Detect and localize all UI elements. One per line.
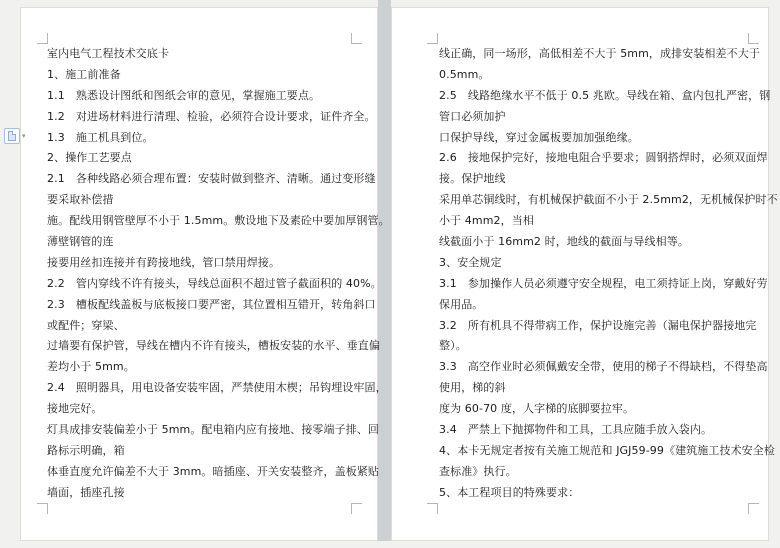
document-page-1: 室内电气工程技术交底卡1、施工前准备1.1 熟悉设计图纸和图纸会审的意见，掌握施… [20, 7, 378, 541]
text-line: 1、施工前准备 [47, 65, 357, 86]
text-line: 整）。 [439, 336, 749, 357]
crop-mark-page2-top-left [427, 33, 438, 44]
text-line: 查标准》执行。 [439, 462, 749, 483]
text-line: 墙面，插座孔接 [47, 483, 357, 504]
text-line: 保用品。 [439, 295, 749, 316]
text-line: 小于 4mm2，当相 [439, 211, 749, 232]
text-line: 施。配线用钢管壁厚不小于 1.5mm。敷设地下及素砼中要加厚钢管。 [47, 211, 357, 232]
text-line: 薄壁钢管的连 [47, 232, 357, 253]
text-line: 2.5 线路绝缘水平不低于 0.5 兆欧。导线在箱、盒内包扎严密，钢 [439, 86, 749, 107]
text-line: 接地完好。 [47, 399, 357, 420]
page-gap [378, 0, 391, 541]
text-line: 线截面小于 16mm2 时，地线的截面与导线相等。 [439, 232, 749, 253]
text-line: 差均小于 5mm。 [47, 357, 357, 378]
text-line: 0.5mm。 [439, 65, 749, 86]
text-line: 2.4 照明器具，用电设备安装牢固，严禁使用木楔；吊钩埋设牢固， [47, 378, 357, 399]
text-line: 接要用丝扣连接并有跨接地线，管口禁用焊接。 [47, 253, 357, 274]
text-line: 口保护导线，穿过金属板要加加强绝缘。 [439, 128, 749, 149]
crop-mark-page1-top-left [37, 33, 48, 44]
text-line: 接。保护地线 [439, 169, 749, 190]
text-line: 使用，梯的斜 [439, 378, 749, 399]
text-line: 灯具成排安装偏差小于 5mm。配电箱内应有接地、接零端子排、回 [47, 420, 357, 441]
text-line: 要采取补偿措 [47, 190, 357, 211]
crop-mark-page2-bottom-right [748, 503, 759, 514]
text-line: 度为 60-70 度，人字梯的底脚要拉牢。 [439, 399, 749, 420]
document-page-icon[interactable] [4, 128, 20, 144]
text-line: 3、安全规定 [439, 253, 749, 274]
document-page-2: 线正确，同一场形，高低相差不大于 5mm，成排安装相差不大于0.5mm。2.5 … [391, 7, 769, 541]
crop-mark-page2-top-right [748, 33, 759, 44]
text-line: 2、操作工艺要点 [47, 148, 357, 169]
text-line: 2.3 槽板配线盖板与底板接口要严密，其位置相互错开，转角斜口 [47, 295, 357, 316]
text-line: 过墙要有保护管，导线在槽内不许有接头，槽板安装的水平、垂直偏 [47, 336, 357, 357]
crop-mark-page2-bottom-left [427, 503, 438, 514]
text-line: 采用单芯铜线时，有机械保护截面不小于 2.5mm2，无机械保护时不 [439, 190, 749, 211]
text-line: 管口必须加护 [439, 107, 749, 128]
text-line: 3.3 高空作业时必须佩戴安全带，使用的梯子不得缺档，不得垫高 [439, 357, 749, 378]
text-line: 1.2 对进场材料进行清理、检验，必须符合设计要求，证件齐全。 [47, 107, 357, 128]
crop-mark-page1-bottom-left [37, 503, 48, 514]
crop-mark-page1-top-right [351, 33, 362, 44]
text-line: 体垂直度允许偏差不大于 3mm。暗插座、开关安装整齐，盖板紧贴 [47, 462, 357, 483]
text-line: 2.1 各种线路必须合理布置：安装时做到整齐、清晰。通过变形缝 [47, 169, 357, 190]
text-line: 5、本工程项目的特殊要求： [439, 483, 749, 504]
paste-options-button[interactable]: ▾ [4, 127, 34, 145]
crop-mark-page1-bottom-right [351, 503, 362, 514]
text-line: 3.2 所有机具不得带病工作，保护设施完善（漏电保护器接地完 [439, 316, 749, 337]
text-line: 3.4 严禁上下抛掷物件和工具，工具应随手放入袋内。 [439, 420, 749, 441]
text-line: 路标示明确，箱 [47, 441, 357, 462]
text-line: 1.1 熟悉设计图纸和图纸会审的意见，掌握施工要点。 [47, 86, 357, 107]
page-1-text: 室内电气工程技术交底卡1、施工前准备1.1 熟悉设计图纸和图纸会审的意见，掌握施… [47, 44, 357, 504]
text-line: 3.1 参加操作人员必须遵守安全规程，电工须持证上岗，穿戴好劳 [439, 274, 749, 295]
text-line: 或配件；穿梁、 [47, 316, 357, 337]
chevron-down-icon[interactable]: ▾ [22, 127, 26, 145]
text-line: 线正确，同一场形，高低相差不大于 5mm，成排安装相差不大于 [439, 44, 749, 65]
text-line: 2.2 管内穿线不许有接头，导线总面积不超过管子截面积的 40%。 [47, 274, 357, 295]
text-line: 1.3 施工机具到位。 [47, 128, 357, 149]
text-line: 室内电气工程技术交底卡 [47, 44, 357, 65]
text-line: 2.6 接地保护完好，接地电阻合乎要求；圆钢搭焊时，必须双面焊 [439, 148, 749, 169]
page-2-text: 线正确，同一场形，高低相差不大于 5mm，成排安装相差不大于0.5mm。2.5 … [439, 44, 749, 504]
text-line: 4、本卡无规定者按有关施工规范和 JGJ59-99《建筑施工技术安全检 [439, 441, 749, 462]
